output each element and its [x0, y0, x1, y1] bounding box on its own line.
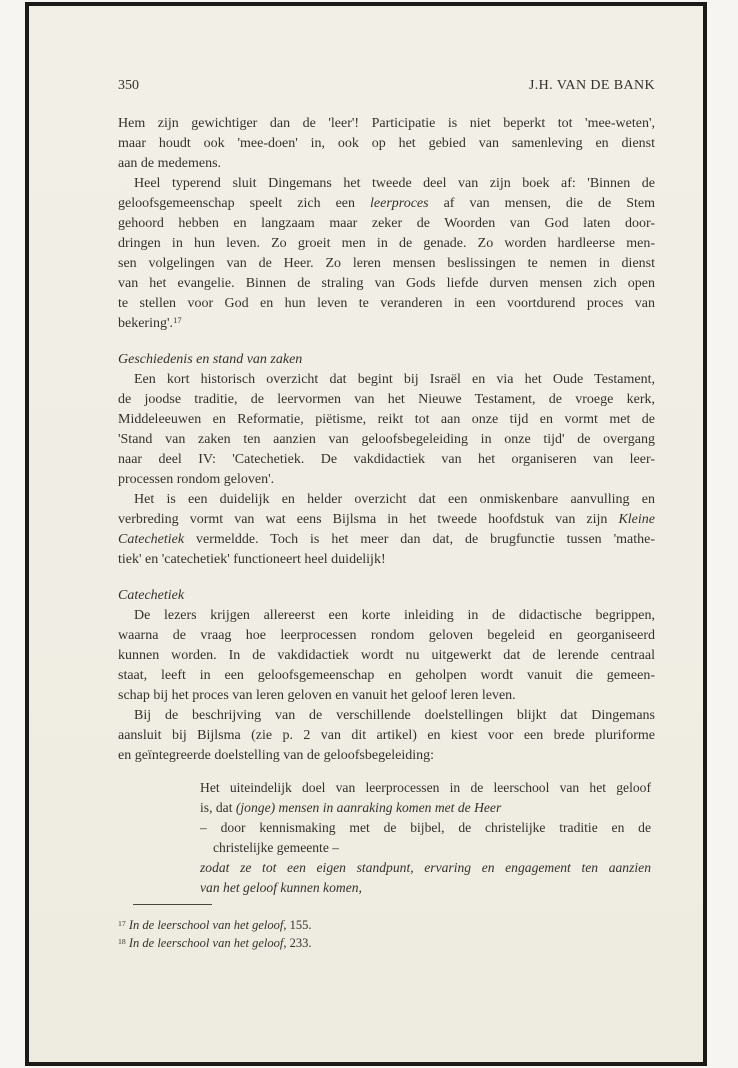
text-run: aan de medemens. [118, 156, 221, 171]
text-run: verbreding vormt van wat eens Bijlsma in… [118, 512, 618, 527]
running-head-author: J.H. VAN DE BANK [529, 76, 655, 96]
text-line: en geïntegreerde doelstelling van de gel… [118, 746, 655, 766]
text-line: – door kennismaking met de bijbel, de ch… [200, 818, 651, 838]
text-run: dringen in hun leven. Zo groeit men in d… [118, 236, 655, 251]
text-line: Catechetiek vermeldde. Toch is het meer … [118, 530, 655, 550]
body-text: Hem zijn gewichtiger dan de 'leer'! Part… [118, 114, 655, 953]
text-run: In de leerschool van het geloof [126, 936, 284, 950]
section-heading: Catechetiek [118, 586, 655, 606]
paragraph: De lezers krijgen allereerst een korte i… [118, 606, 655, 706]
text-line: Het is een duidelijk en helder overzicht… [118, 490, 655, 510]
text-line: De lezers krijgen allereerst een korte i… [118, 606, 655, 626]
text-run: Middeleeuwen en Reformatie, piëtisme, re… [118, 412, 655, 427]
text-line: kunnen worden. In de vakdidactiek wordt … [118, 646, 655, 666]
text-run: (jonge) mensen in aanraking komen met de… [236, 800, 501, 815]
paragraph: Heel typerend sluit Dingemans het tweede… [118, 174, 655, 334]
text-run: Bij de beschrijving van de verschillende… [134, 708, 655, 723]
text-run: tiek' en 'catechetiek' functioneert heel… [118, 552, 386, 567]
text-run: maar houdt ook 'mee-doen' in, ook op het… [118, 136, 655, 151]
page-number: 350 [118, 76, 139, 96]
text-line: geloofsgemeenschap speelt zich een leerp… [118, 194, 655, 214]
footnote-marker: 17 [173, 315, 182, 325]
text-run: christelijke gemeente – [213, 840, 339, 855]
text-line: christelijke gemeente – [200, 838, 651, 858]
text-run: zodat ze tot een eigen standpunt, ervari… [200, 860, 651, 875]
text-line: aansluit bij Bijlsma (zie p. 2 van dit a… [118, 726, 655, 746]
text-run: Het is een duidelijk en helder overzicht… [134, 492, 655, 507]
text-line: de joodse traditie, de leervormen van he… [118, 390, 655, 410]
text-run: – door kennismaking met de bijbel, de ch… [200, 820, 651, 835]
text-line: Een kort historisch overzicht dat begint… [118, 370, 655, 390]
text-line: naar deel IV: 'Catechetiek. De vakdidact… [118, 450, 655, 470]
page-header: 350 J.H. VAN DE BANK [118, 76, 655, 96]
text-line: Hem zijn gewichtiger dan de 'leer'! Part… [118, 114, 655, 134]
text-run: processen rondom geloven'. [118, 472, 274, 487]
paragraph: Een kort historisch overzicht dat begint… [118, 370, 655, 490]
text-run: leerproces [370, 196, 429, 211]
scanned-book-page: 350 J.H. VAN DE BANK Hem zijn gewichtige… [25, 2, 707, 1066]
text-run: , 233. [283, 936, 311, 950]
text-run: vermeldde. Toch is het meer dan dat, de … [184, 532, 655, 547]
text-run: Geschiedenis en stand van zaken [118, 352, 302, 367]
text-run: Een kort historisch overzicht dat begint… [134, 372, 655, 387]
text-run: aansluit bij Bijlsma (zie p. 2 van dit a… [118, 728, 655, 743]
text-line: 'Stand van zaken ten aanzien van geloofs… [118, 430, 655, 450]
footnote-marker: 18 [118, 937, 126, 946]
paragraph: Hem zijn gewichtiger dan de 'leer'! Part… [118, 114, 655, 174]
text-run: waarna de vraag hoe leerprocessen rondom… [118, 628, 655, 643]
text-line: maar houdt ook 'mee-doen' in, ook op het… [118, 134, 655, 154]
text-line: Het uiteindelijk doel van leerprocessen … [200, 778, 651, 798]
text-line: aan de medemens. [118, 154, 655, 174]
text-run: gehoord hebben en langzaam maar zeker de… [118, 216, 655, 231]
text-run: De lezers krijgen allereerst een korte i… [134, 608, 655, 623]
text-line: van het geloof kunnen komen, [200, 878, 651, 898]
text-line: van het evangelie. Binnen de straling va… [118, 274, 655, 294]
text-run: en geïntegreerde doelstelling van de gel… [118, 748, 434, 763]
text-line: sen volgelingen van de Heer. Zo leren me… [118, 254, 655, 274]
footnote-separator-rule [133, 904, 212, 905]
text-run: af van mensen, die de Stem [429, 196, 655, 211]
text-run: van het geloof kunnen komen, [200, 880, 362, 895]
text-run: In de leerschool van het geloof [126, 918, 284, 932]
text-run: Kleine [618, 512, 655, 527]
text-run: , 155. [283, 918, 311, 932]
paragraph: Bij de beschrijving van de verschillende… [118, 706, 655, 766]
text-run: naar deel IV: 'Catechetiek. De vakdidact… [118, 452, 655, 467]
footnote-marker: 17 [118, 919, 126, 928]
text-run: Heel typerend sluit Dingemans het tweede… [134, 176, 655, 191]
text-run: te stellen voor God en hun leven te vera… [118, 296, 655, 311]
text-run: 'Stand van zaken ten aanzien van geloofs… [118, 432, 655, 447]
text-line: is, dat (jonge) mensen in aanraking kome… [200, 798, 651, 818]
text-line: waarna de vraag hoe leerprocessen rondom… [118, 626, 655, 646]
text-line: verbreding vormt van wat eens Bijlsma in… [118, 510, 655, 530]
text-run: Hem zijn gewichtiger dan de 'leer'! Part… [118, 116, 655, 131]
text-line: tiek' en 'catechetiek' functioneert heel… [118, 550, 655, 570]
text-line: bekering'.17 [118, 314, 655, 334]
text-line: processen rondom geloven'. [118, 470, 655, 490]
text-line: Catechetiek [118, 586, 655, 606]
block-quote: Het uiteindelijk doel van leerprocessen … [118, 778, 655, 898]
text-run: Het uiteindelijk doel van leerprocessen … [200, 780, 651, 795]
text-line: staat, leeft in een geloofsgemeenschap e… [118, 666, 655, 686]
text-line: gehoord hebben en langzaam maar zeker de… [118, 214, 655, 234]
text-run: kunnen worden. In de vakdidactiek wordt … [118, 648, 655, 663]
text-line: Bij de beschrijving van de verschillende… [118, 706, 655, 726]
text-line: schap bij het proces van leren geloven e… [118, 686, 655, 706]
text-run: staat, leeft in een geloofsgemeenschap e… [118, 668, 655, 683]
text-line: 18 In de leerschool van het geloof, 233. [118, 935, 655, 953]
paragraph: Het is een duidelijk en helder overzicht… [118, 490, 655, 570]
text-line: Geschiedenis en stand van zaken [118, 350, 655, 370]
text-line: zodat ze tot een eigen standpunt, ervari… [200, 858, 651, 878]
text-line: 17 In de leerschool van het geloof, 155. [118, 917, 655, 935]
text-run: de joodse traditie, de leervormen van he… [118, 392, 655, 407]
text-run: sen volgelingen van de Heer. Zo leren me… [118, 256, 655, 271]
section-heading: Geschiedenis en stand van zaken [118, 350, 655, 370]
text-run: schap bij het proces van leren geloven e… [118, 688, 516, 703]
text-line: dringen in hun leven. Zo groeit men in d… [118, 234, 655, 254]
text-run: is, dat [200, 800, 236, 815]
text-run: Catechetiek [118, 588, 184, 603]
text-line: Heel typerend sluit Dingemans het tweede… [118, 174, 655, 194]
text-column: 350 J.H. VAN DE BANK Hem zijn gewichtige… [118, 76, 655, 953]
text-run: bekering'. [118, 316, 173, 331]
text-run: van het evangelie. Binnen de straling va… [118, 276, 655, 291]
footnotes: 17 In de leerschool van het geloof, 155.… [118, 904, 655, 953]
text-run: Catechetiek [118, 532, 184, 547]
text-run: geloofsgemeenschap speelt zich een [118, 196, 370, 211]
text-line: Middeleeuwen en Reformatie, piëtisme, re… [118, 410, 655, 430]
text-line: te stellen voor God en hun leven te vera… [118, 294, 655, 314]
